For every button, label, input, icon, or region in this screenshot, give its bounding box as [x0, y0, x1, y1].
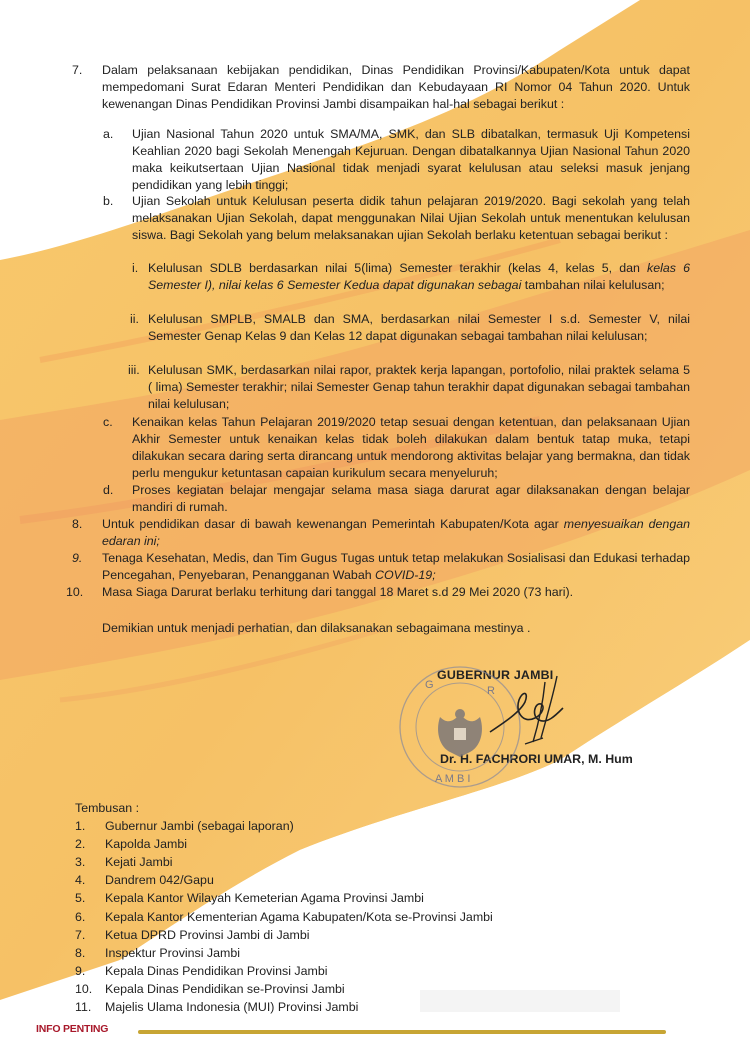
subitem-letter: a. — [103, 126, 113, 143]
cc-list-item: 10.Kepala Dinas Pendidikan se-Provinsi J… — [75, 981, 635, 999]
item-number: 10. — [66, 584, 83, 601]
cc-heading: Tembusan : — [75, 800, 139, 817]
cc-list-item: 1.Gubernur Jambi (sebagai laporan) — [75, 818, 635, 836]
cc-item-text: Kepala Kantor Kementerian Agama Kabupate… — [105, 909, 493, 926]
cc-item-text: Inspektur Provinsi Jambi — [105, 945, 240, 962]
subitem-letter: b. — [103, 193, 113, 210]
cc-item-text: Dandrem 042/Gapu — [105, 872, 214, 889]
item-text: Untuk pendidikan dasar di bawah kewenang… — [102, 516, 690, 550]
cc-item-text: Kepala Dinas Pendidikan se-Provinsi Jamb… — [105, 981, 345, 998]
roman-point-text: Kelulusan SMPLB, SMALB dan SMA, berdasar… — [148, 311, 690, 345]
subitem-letter: d. — [103, 482, 113, 499]
cc-item-text: Kapolda Jambi — [105, 836, 187, 853]
roman-point-number: iii. — [128, 362, 140, 379]
svg-text:G: G — [425, 679, 434, 691]
cc-list-item: 4.Dandrem 042/Gapu — [75, 872, 635, 890]
cc-item-number: 8. — [75, 945, 85, 962]
item-number: 9. — [72, 550, 82, 567]
roman-point-text: Kelulusan SMK, berdasarkan nilai rapor, … — [148, 362, 690, 413]
roman-point-number: ii. — [130, 311, 139, 328]
roman-point-number: i. — [132, 260, 138, 277]
cc-list-item: 5.Kepala Kantor Wilayah Kemeterian Agama… — [75, 890, 635, 908]
item-text: Tenaga Kesehatan, Medis, dan Tim Gugus T… — [102, 550, 690, 584]
cc-item-text: Kejati Jambi — [105, 854, 173, 871]
cc-list-item: 7.Ketua DPRD Provinsi Jambi di Jambi — [75, 927, 635, 945]
subitem-letter: c. — [103, 414, 113, 431]
cc-list-item: 3.Kejati Jambi — [75, 854, 635, 872]
cc-item-text: Kepala Kantor Wilayah Kemeterian Agama P… — [105, 890, 424, 907]
cc-item-number: 10. — [75, 981, 92, 998]
cc-item-number: 4. — [75, 872, 85, 889]
letter-body: 7. Dalam pelaksanaan kebijakan pendidika… — [0, 0, 750, 1061]
item-number: 8. — [72, 516, 82, 533]
footer-divider-line — [138, 1030, 666, 1034]
subitem-text: Ujian Nasional Tahun 2020 untuk SMA/MA, … — [132, 126, 690, 194]
cc-item-number: 1. — [75, 818, 85, 835]
roman-point-text: Kelulusan SDLB berdasarkan nilai 5(lima)… — [148, 260, 690, 294]
subitem-text: Proses kegiatan belajar mengajar selama … — [132, 482, 690, 516]
item-text: Masa Siaga Darurat berlaku terhitung dar… — [102, 584, 690, 601]
footer-label: INFO PENTING — [36, 1023, 108, 1035]
subitem-text: Ujian Sekolah untuk Kelulusan peserta di… — [132, 193, 690, 244]
cc-item-text: Kepala Dinas Pendidikan Provinsi Jambi — [105, 963, 327, 980]
cc-item-number: 2. — [75, 836, 85, 853]
cc-item-text: Ketua DPRD Provinsi Jambi di Jambi — [105, 927, 310, 944]
cc-item-number: 7. — [75, 927, 85, 944]
cc-item-number: 9. — [75, 963, 85, 980]
garuda-emblem-icon — [438, 709, 482, 757]
subitem-text: Kenaikan kelas Tahun Pelajaran 2019/2020… — [132, 414, 690, 482]
cc-item-text: Majelis Ulama Indonesia (MUI) Provinsi J… — [105, 999, 358, 1016]
item-text: Dalam pelaksanaan kebijakan pendidikan, … — [102, 62, 690, 113]
cc-item-number: 3. — [75, 854, 85, 871]
closing-sentence: Demikian untuk menjadi perhatian, dan di… — [102, 620, 690, 637]
footer-banner: INFO PENTING — [36, 1023, 666, 1041]
svg-text:A M B I: A M B I — [435, 773, 470, 785]
cc-item-text: Gubernur Jambi (sebagai laporan) — [105, 818, 294, 835]
cc-item-number: 6. — [75, 909, 85, 926]
handwritten-signature — [485, 672, 575, 750]
cc-item-number: 5. — [75, 890, 85, 907]
cc-list-item: 11.Majelis Ulama Indonesia (MUI) Provins… — [75, 999, 635, 1017]
cc-list-item: 9.Kepala Dinas Pendidikan Provinsi Jambi — [75, 963, 635, 981]
item-number: 7. — [72, 62, 82, 79]
cc-list-item: 8.Inspektur Provinsi Jambi — [75, 945, 635, 963]
cc-list-item: 6.Kepala Kantor Kementerian Agama Kabupa… — [75, 909, 635, 927]
cc-list-item: 2.Kapolda Jambi — [75, 836, 635, 854]
cc-item-number: 11. — [75, 999, 91, 1016]
